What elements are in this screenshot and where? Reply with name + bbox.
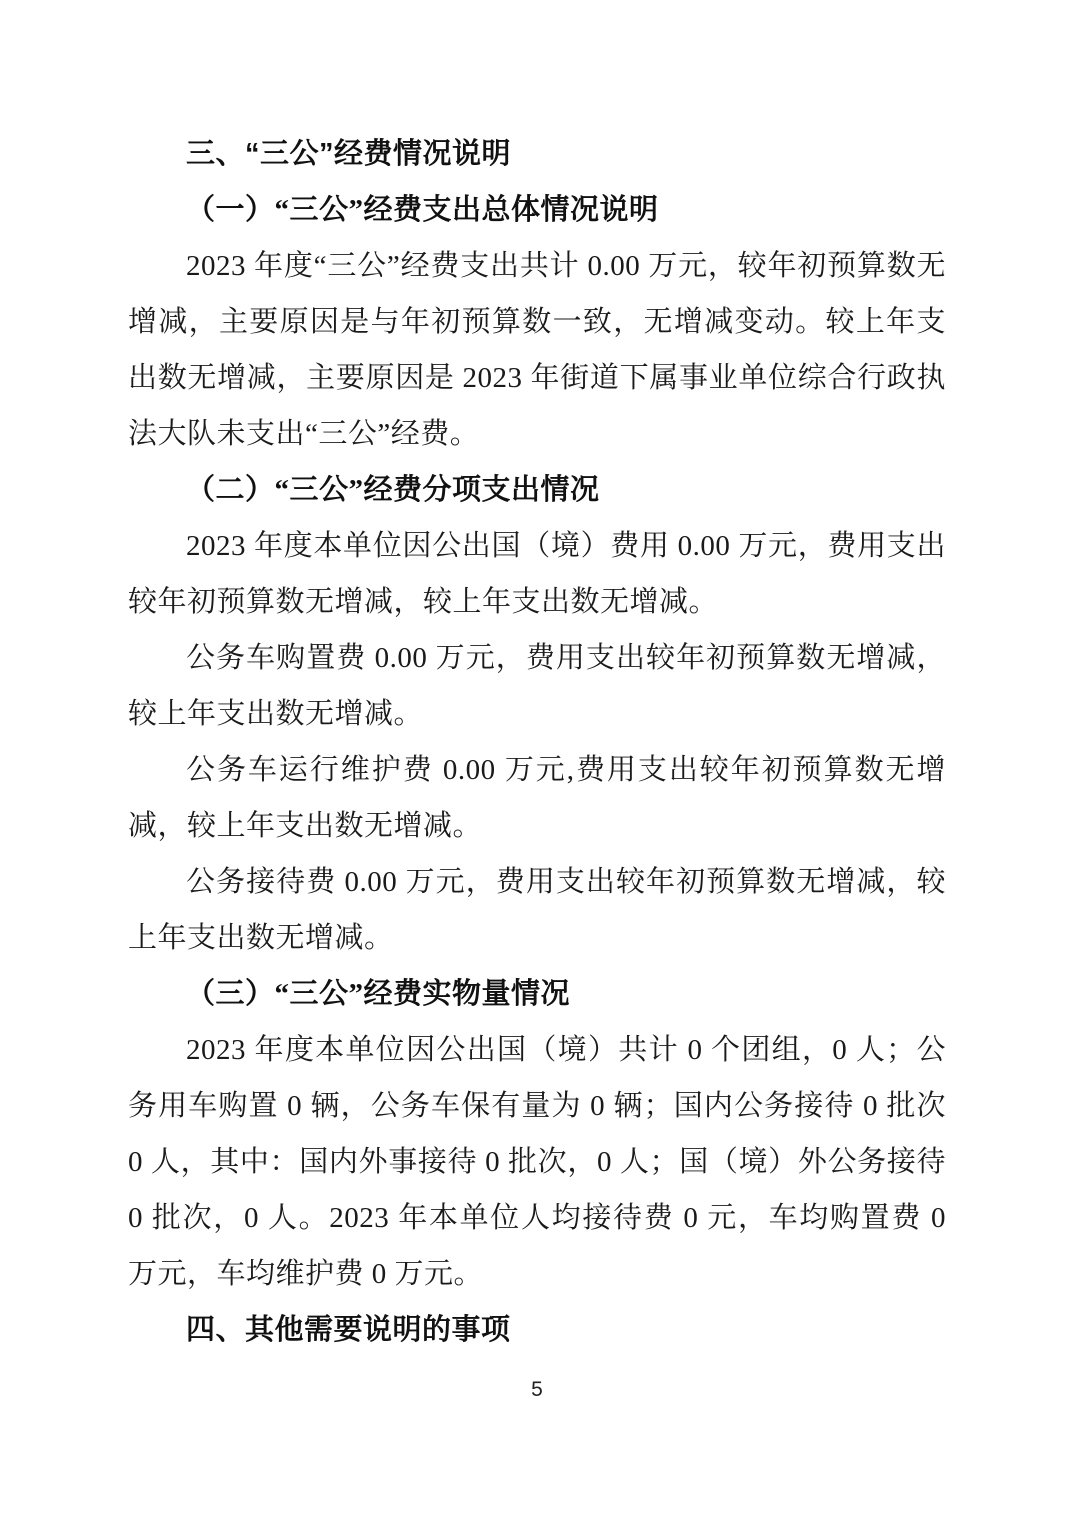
paragraph-reception-expense: 公务接待费 0.00 万元，费用支出较年初预算数无增减，较上年支出数无增减。 — [128, 854, 946, 966]
section-heading-four: 四、其他需要说明的事项 — [128, 1302, 946, 1358]
section-heading-three: 三、“三公”经费情况说明 — [128, 126, 946, 182]
paragraph-vehicle-purchase: 公务车购置费 0.00 万元，费用支出较年初预算数无增减，较上年支出数无增减。 — [128, 630, 946, 742]
subsection-heading-overall: （一）“三公”经费支出总体情况说明 — [128, 182, 946, 238]
document-page: 三、“三公”经费情况说明 （一）“三公”经费支出总体情况说明 2023 年度“三… — [0, 0, 1074, 1520]
paragraph-vehicle-maintenance: 公务车运行维护费 0.00 万元,费用支出较年初预算数无增减，较上年支出数无增减… — [128, 742, 946, 854]
document-body: 三、“三公”经费情况说明 （一）“三公”经费支出总体情况说明 2023 年度“三… — [128, 126, 946, 1358]
paragraph-physical-quantity: 2023 年度本单位因公出国（境）共计 0 个团组，0 人；公务用车购置 0 辆… — [128, 1022, 946, 1302]
subsection-heading-physical: （三）“三公”经费实物量情况 — [128, 966, 946, 1022]
page-number: 5 — [0, 1375, 1074, 1405]
subsection-heading-itemized: （二）“三公”经费分项支出情况 — [128, 462, 946, 518]
paragraph-abroad-expense: 2023 年度本单位因公出国（境）费用 0.00 万元，费用支出较年初预算数无增… — [128, 518, 946, 630]
paragraph-overall-expense: 2023 年度“三公”经费支出共计 0.00 万元，较年初预算数无增减，主要原因… — [128, 238, 946, 462]
